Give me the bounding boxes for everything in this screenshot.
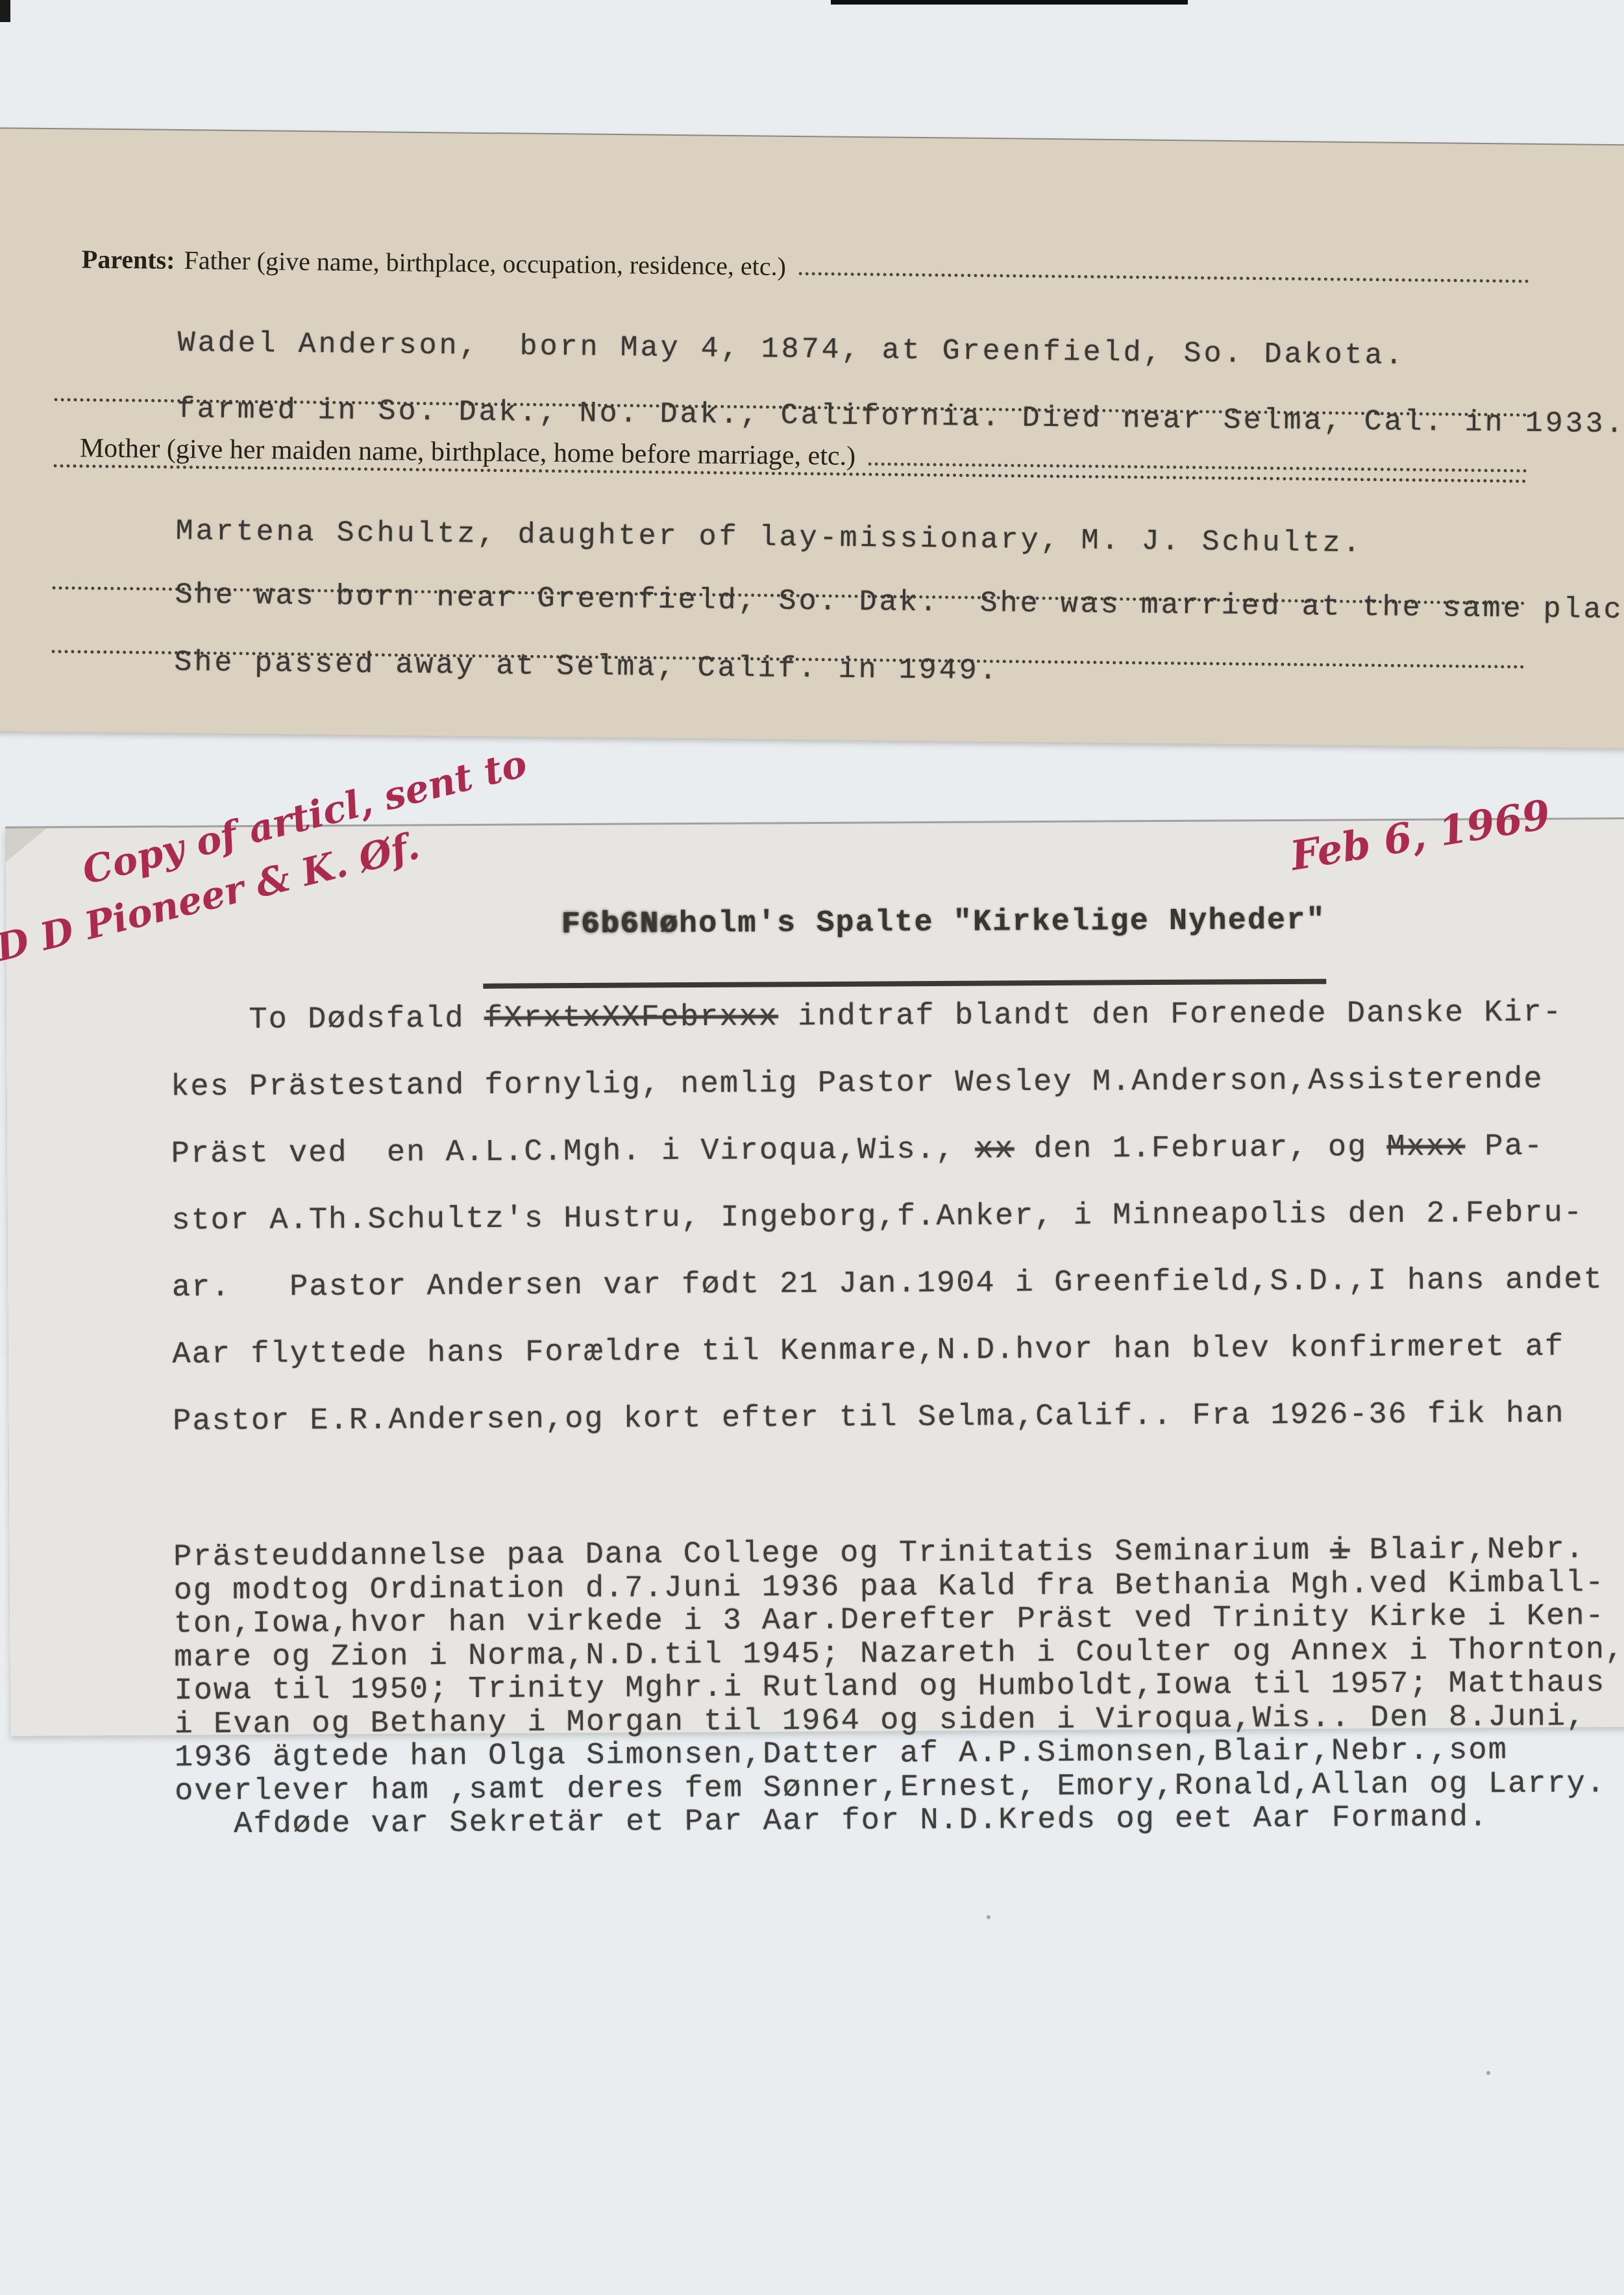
father-entry-text-2: farmed in So. Dak., No. Dak., California… [177, 393, 1624, 441]
scanned-document-page: { "page": { "background_color": "#e9edf0… [0, 0, 1624, 2295]
struck-out-text: fXrxtxXXFebrxxx [484, 1000, 778, 1036]
article-line-text: Aar flyttede hans Forældre til Kenmare,N… [172, 1330, 1564, 1372]
scan-speck [987, 1915, 990, 1919]
article-line-text: indtraf blandt den Forenede Danske Kir- [778, 996, 1562, 1035]
scan-speck [1486, 2071, 1490, 2075]
article-line: stor A.Th.Schultz's Hustru, Ingeborg,f.A… [171, 1180, 1615, 1254]
mother-entry-line-3: She passed away at Selma, Calif. in 1949… [51, 611, 1526, 733]
article-paper: Copy of articl, sent to D D Pioneer & K.… [5, 819, 1624, 1736]
parents-label: Parents: [82, 245, 175, 275]
father-prompt-text: Father (give name, birthplace, occupatio… [184, 246, 786, 281]
struck-out-text: i [1330, 1533, 1350, 1568]
article-line-text: Präst ved en A.L.C.Mgh. i Viroqua,Wis., [171, 1133, 976, 1172]
article-line-text: To Dødsfald [171, 1002, 485, 1038]
article-line-text: ar. Pastor Andersen var født 21 Jan.1904… [172, 1263, 1603, 1305]
article-line: Präst ved en A.L.C.Mgh. i Viroqua,Wis., … [171, 1113, 1615, 1187]
article-line: Pastor E.R.Andersen,og kort efter til Se… [173, 1380, 1616, 1455]
article-line: To Dødsfald fXrxtxXXFebrxxx indtraf blan… [170, 979, 1614, 1054]
article-line-text: den 1.Februar, og [1014, 1130, 1386, 1167]
article-line-text: Pa- [1465, 1130, 1544, 1165]
dotted-blank-line [799, 271, 1529, 283]
article-paragraph-single-spaced: Prästeuddannelse paa Dana College og Tri… [173, 1533, 1618, 1842]
article-line-text: Afdøde var Sekretär et Par Aar for N.D.K… [175, 1800, 1488, 1842]
article-line: Aar flyttede hans Forældre til Kenmare,N… [172, 1313, 1616, 1388]
paper-fold-corner [5, 828, 47, 862]
article-line: kes Prästestand fornylig, nemlig Pastor … [171, 1046, 1614, 1121]
scan-edge-artifact [831, 0, 1188, 5]
article-line-text: Blair,Nebr. [1349, 1532, 1585, 1568]
struck-out-text: Mxxx [1386, 1130, 1465, 1165]
article-line-text: kes Prästestand fornylig, nemlig Pastor … [171, 1063, 1544, 1105]
scan-corner-artifact [0, 0, 10, 22]
article-paragraph-double-spaced: To Dødsfald fXrxtxXXFebrxxx indtraf blan… [170, 979, 1616, 1455]
article-line-text: stor A.Th.Schultz's Hustru, Ingeborg,f.A… [171, 1196, 1583, 1238]
article-line: Afdøde var Sekretär et Par Aar for N.D.K… [175, 1800, 1618, 1842]
red-date-annotation: Feb 6, 1969 [1287, 791, 1553, 880]
genealogy-form-paper: Parents: Father (give name, birthplace, … [0, 129, 1624, 748]
article-line-text: Pastor E.R.Andersen,og kort efter til Se… [173, 1397, 1565, 1439]
mother-entry-text-3: She passed away at Selma, Calif. in 1949… [174, 646, 1000, 688]
parents-father-prompt-row: Parents: Father (give name, birthplace, … [56, 245, 1529, 289]
struck-out-text: xx [975, 1132, 1015, 1167]
article-body: To Dødsfald fXrxtxXXFebrxxx indtraf blan… [170, 910, 1619, 1911]
dotted-blank-line [868, 462, 1527, 473]
article-line: ar. Pastor Andersen var født 21 Jan.1904… [172, 1247, 1616, 1321]
